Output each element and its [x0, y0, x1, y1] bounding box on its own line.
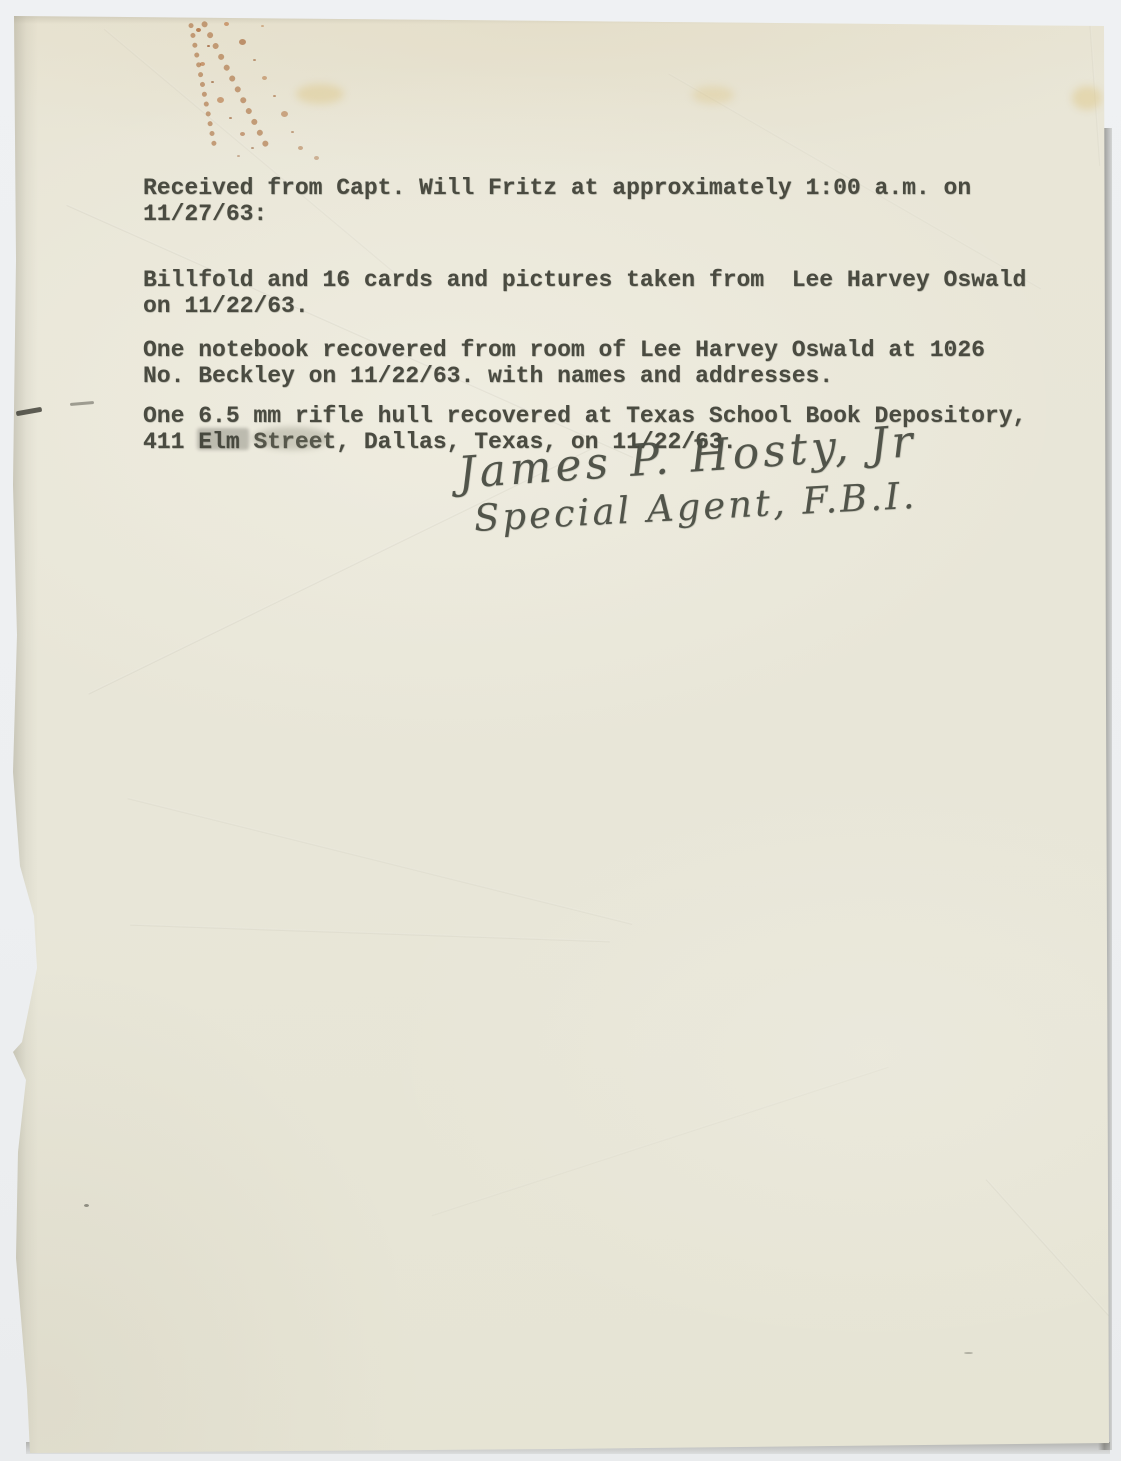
yellow-smudge	[1072, 86, 1102, 110]
crease-line	[130, 924, 610, 943]
typed-line: No. Beckley on 11/22/63. with names and …	[143, 363, 833, 389]
overstrike-mark	[197, 428, 249, 450]
typed-line: One notebook recovered from room of Lee …	[143, 337, 985, 363]
typed-line: Received from Capt. Will Fritz at approx…	[143, 175, 971, 201]
scan-background: Received from Capt. Will Fritz at approx…	[0, 0, 1121, 1461]
typed-line: 11/27/63:	[143, 201, 267, 227]
torn-left-edge-shade	[12, 16, 38, 1453]
pencil-mark	[70, 401, 94, 406]
yellow-smudge	[296, 84, 344, 104]
typed-line: on 11/22/63.	[143, 293, 309, 319]
crease-line	[127, 797, 632, 925]
yellow-smudge	[692, 86, 734, 104]
typed-line: Billfold and 16 cards and pictures taken…	[143, 267, 1026, 293]
document-page: Received from Capt. Will Fritz at approx…	[0, 0, 1121, 1461]
paper-speck	[964, 1352, 973, 1354]
crease-line	[986, 1179, 1121, 1344]
rust-stain-specks	[196, 28, 201, 32]
top-edge-shade	[14, 16, 1106, 24]
ink-smudge	[252, 427, 332, 450]
crease-line	[104, 28, 396, 274]
paper-speck	[84, 1204, 89, 1207]
crease-line	[431, 1066, 888, 1216]
